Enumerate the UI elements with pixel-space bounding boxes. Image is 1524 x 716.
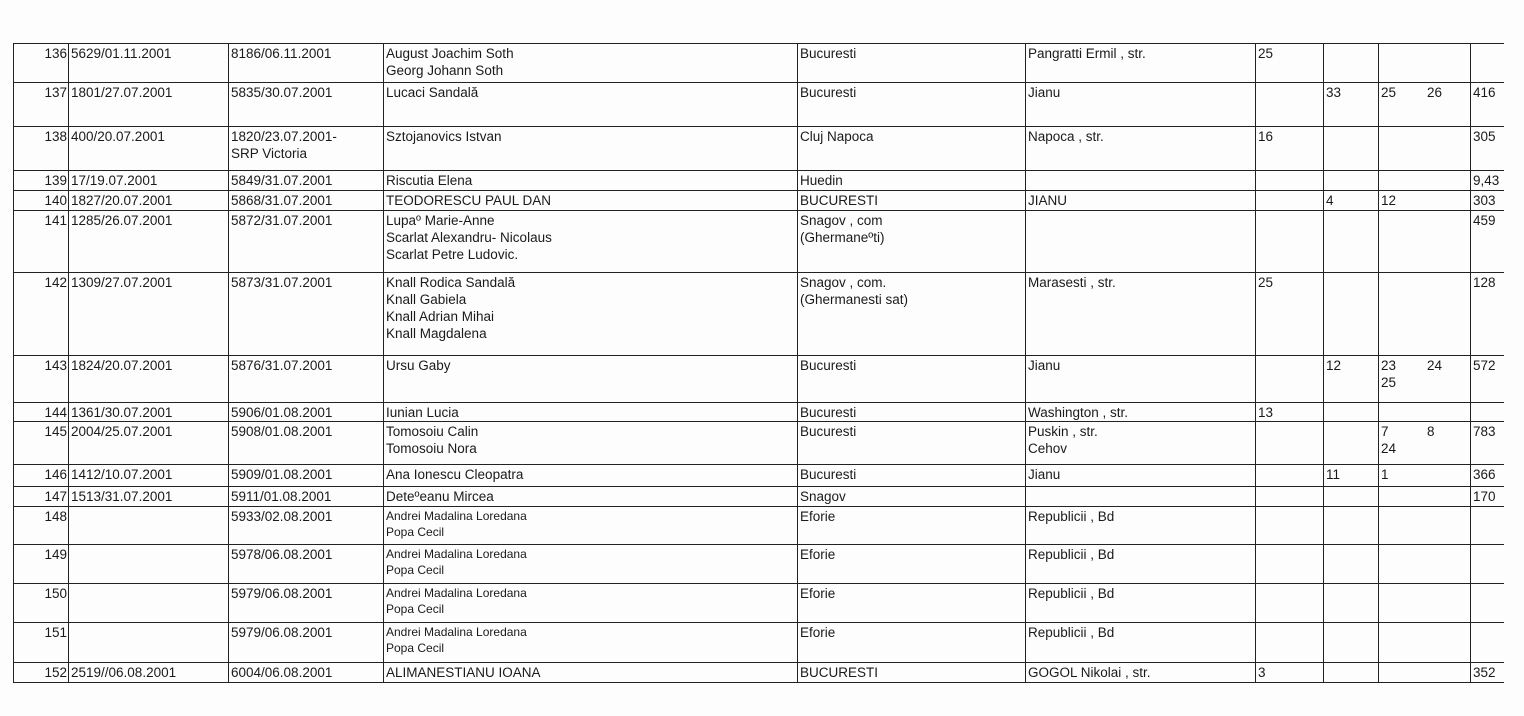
row-number-cell: 149 [14, 545, 69, 584]
owner-names-cell-line: Andrei Madalina Loredana [386, 585, 795, 601]
locality-cell-line: Bucuresti [800, 404, 1023, 421]
owner-names-cell-line: Tomosoiu Calin [386, 423, 795, 440]
locality-cell-line: Eforie [800, 508, 1023, 525]
parcel-cell [1379, 127, 1471, 171]
parcel-cell [1379, 211, 1471, 273]
owner-names-cell: Ana Ionescu Cleopatra [384, 465, 798, 487]
street-cell: Republicii , Bd [1026, 584, 1256, 623]
street-number-cell: 25 [1256, 44, 1324, 83]
owner-names-cell-line: Knall Adrian Mihai [386, 308, 795, 325]
parcel-cell [1379, 584, 1471, 623]
parcel-number: 25 [1381, 84, 1427, 101]
row-number-cell: 147 [14, 487, 69, 507]
parcel-number: 24 [1427, 357, 1471, 374]
owner-names-cell: Deteºeanu Mircea [384, 487, 798, 507]
document-ref-cell-line: 5909/01.08.2001 [231, 466, 381, 483]
table-row: 1461412/10.07.20015909/01.08.2001Ana Ion… [14, 465, 1504, 487]
document-ref-cell-line: SRP Victoria [231, 145, 381, 162]
owner-names-cell-line: Knall Gabiela [386, 291, 795, 308]
street-cell: Jianu [1026, 465, 1256, 487]
lot-cell: 33 [1324, 83, 1379, 127]
parcel-number: 12 [1381, 192, 1427, 209]
street-cell: Marasesti , str. [1026, 273, 1256, 356]
owner-names-cell-line: Lucaci Sandală [386, 84, 795, 101]
locality-cell-line: Bucuresti [800, 45, 1023, 62]
owner-names-cell-line: Popa Cecil [386, 524, 795, 540]
street-cell: Jianu [1026, 356, 1256, 403]
table-row: 1495978/06.08.2001Andrei Madalina Loreda… [14, 545, 1504, 584]
row-number-cell: 151 [14, 623, 69, 663]
area-cell: 783 [1471, 422, 1504, 465]
registration-ref-cell: 1309/27.07.2001 [69, 273, 229, 356]
registration-ref-cell: 1361/30.07.2001 [69, 403, 229, 422]
street-cell: Pangratti Ermil , str. [1026, 44, 1256, 83]
street-cell-line: Marasesti , str. [1028, 274, 1253, 291]
lot-cell: 11 [1324, 465, 1379, 487]
row-number-cell: 140 [14, 191, 69, 211]
locality-cell-line: Bucuresti [800, 84, 1023, 101]
street-cell-line: Napoca , str. [1028, 128, 1253, 145]
owner-names-cell-line: Andrei Madalina Loredana [386, 508, 795, 524]
document-ref-cell: 5911/01.08.2001 [229, 487, 384, 507]
document-ref-cell-line: 5849/31.07.2001 [231, 172, 381, 189]
document-ref-cell: 5978/06.08.2001 [229, 545, 384, 584]
street-cell-line: Cehov [1028, 440, 1253, 457]
street-cell: JIANU [1026, 191, 1256, 211]
registration-ref-cell: 17/19.07.2001 [69, 171, 229, 191]
locality-cell-line: Huedin [800, 172, 1023, 189]
area-cell: 305 [1471, 127, 1504, 171]
table-row: 1485933/02.08.2001Andrei Madalina Loreda… [14, 507, 1504, 545]
street-cell-line: Jianu [1028, 84, 1253, 101]
locality-cell: BUCURESTI [798, 663, 1026, 683]
street-number-cell [1256, 545, 1324, 584]
street-number-cell [1256, 356, 1324, 403]
street-cell [1026, 487, 1256, 507]
row-number-cell: 139 [14, 171, 69, 191]
registration-ref-cell: 400/20.07.2001 [69, 127, 229, 171]
owner-names-cell-line: Tomosoiu Nora [386, 440, 795, 457]
document-ref-cell-line: 5906/01.08.2001 [231, 404, 381, 421]
parcel-cell: 12 [1379, 191, 1471, 211]
document-ref-cell-line: 5979/06.08.2001 [231, 624, 381, 641]
locality-cell: Bucuresti [798, 403, 1026, 422]
locality-cell-line: Eforie [800, 585, 1023, 602]
row-number-cell: 142 [14, 273, 69, 356]
street-cell: GOGOL Nikolai , str. [1026, 663, 1256, 683]
owner-names-cell: Lucaci Sandală [384, 83, 798, 127]
lot-cell [1324, 403, 1379, 422]
street-number-cell [1256, 83, 1324, 127]
area-cell [1471, 545, 1504, 584]
street-cell-line: GOGOL Nikolai , str. [1028, 664, 1253, 681]
registration-ref-cell [69, 623, 229, 663]
table-row: 1441361/30.07.20015906/01.08.2001Iunian … [14, 403, 1504, 422]
owner-names-cell: TEODORESCU PAUL DAN [384, 191, 798, 211]
table-row: 1431824/20.07.20015876/31.07.2001Ursu Ga… [14, 356, 1504, 403]
parcel-number: 1 [1381, 466, 1427, 483]
street-cell: Republicii , Bd [1026, 545, 1256, 584]
document-ref-cell-line: 5872/31.07.2001 [231, 212, 381, 229]
registration-ref-cell [69, 584, 229, 623]
lot-cell [1324, 584, 1379, 623]
owner-names-cell: ALIMANESTIANU IOANA [384, 663, 798, 683]
street-cell: Republicii , Bd [1026, 507, 1256, 545]
row-number-cell: 148 [14, 507, 69, 545]
document-ref-cell: 5908/01.08.2001 [229, 422, 384, 465]
area-cell: 366 [1471, 465, 1504, 487]
street-number-cell [1256, 507, 1324, 545]
table-row: 1515979/06.08.2001Andrei Madalina Loreda… [14, 623, 1504, 663]
parcel-cell [1379, 171, 1471, 191]
lot-cell [1324, 545, 1379, 584]
area-cell: 170 [1471, 487, 1504, 507]
owner-names-cell: Iunian Lucia [384, 403, 798, 422]
area-cell: 572 [1471, 356, 1504, 403]
owner-names-cell-line: Popa Cecil [386, 601, 795, 617]
locality-cell: Bucuresti [798, 44, 1026, 83]
owner-names-cell-line: Andrei Madalina Loredana [386, 624, 795, 640]
document-ref-cell: 1820/23.07.2001-SRP Victoria [229, 127, 384, 171]
row-number-cell: 141 [14, 211, 69, 273]
owner-names-cell-line: Iunian Lucia [386, 404, 795, 421]
lot-cell [1324, 487, 1379, 507]
document-ref-cell: 5909/01.08.2001 [229, 465, 384, 487]
locality-cell-line: Bucuresti [800, 466, 1023, 483]
owner-names-cell-line: Sztojanovics Istvan [386, 128, 795, 145]
area-cell [1471, 507, 1504, 545]
street-cell: Washington , str. [1026, 403, 1256, 422]
street-number-cell [1256, 465, 1324, 487]
registration-ref-cell: 1827/20.07.2001 [69, 191, 229, 211]
document-ref-cell-line: 5868/31.07.2001 [231, 192, 381, 209]
owner-names-cell-line: Riscutia Elena [386, 172, 795, 189]
parcel-cell: 1 [1379, 465, 1471, 487]
owner-names-cell-line: Knall Rodica Sandală [386, 274, 795, 291]
street-number-cell: 13 [1256, 403, 1324, 422]
parcel-cell: 2526 [1379, 83, 1471, 127]
owner-names-cell: August Joachim SothGeorg Johann Soth [384, 44, 798, 83]
lot-cell [1324, 623, 1379, 663]
lot-cell [1324, 44, 1379, 83]
owner-names-cell-line: Lupaº Marie-Anne [386, 212, 795, 229]
locality-cell: Bucuresti [798, 83, 1026, 127]
street-number-cell [1256, 584, 1324, 623]
parcel-cell: 7824 [1379, 422, 1471, 465]
owner-names-cell-line: Knall Magdalena [386, 325, 795, 342]
locality-cell-line: (Ghermaneºti) [800, 229, 1023, 246]
registration-ref-cell: 2519//06.08.2001 [69, 663, 229, 683]
lot-cell [1324, 211, 1379, 273]
area-cell: 9,43 [1471, 171, 1504, 191]
registration-ref-cell [69, 545, 229, 584]
document-ref-cell-line: 5835/30.07.2001 [231, 84, 381, 101]
locality-cell: Bucuresti [798, 465, 1026, 487]
lot-cell [1324, 127, 1379, 171]
owner-names-cell-line: Scarlat Alexandru- Nicolaus [386, 229, 795, 246]
document-ref-cell-line: 5978/06.08.2001 [231, 546, 381, 563]
locality-cell: Cluj Napoca [798, 127, 1026, 171]
row-number-cell: 137 [14, 83, 69, 127]
locality-cell: Eforie [798, 507, 1026, 545]
table-row: 138400/20.07.20011820/23.07.2001-SRP Vic… [14, 127, 1504, 171]
parcel-number: 7 [1381, 423, 1427, 440]
locality-cell: Bucuresti [798, 422, 1026, 465]
locality-cell-line: (Ghermanesti sat) [800, 291, 1023, 308]
document-ref-cell-line: 5876/31.07.2001 [231, 357, 381, 374]
lot-cell: 4 [1324, 191, 1379, 211]
row-number-cell: 152 [14, 663, 69, 683]
document-ref-cell-line: 8186/06.11.2001 [231, 45, 381, 62]
parcel-cell [1379, 403, 1471, 422]
parcel-number: 25 [1381, 374, 1427, 391]
table-row: 1411285/26.07.20015872/31.07.2001Lupaº M… [14, 211, 1504, 273]
registration-ref-cell: 1801/27.07.2001 [69, 83, 229, 127]
locality-cell-line: Snagov , com. [800, 274, 1023, 291]
table-row: 1421309/27.07.20015873/31.07.2001Knall R… [14, 273, 1504, 356]
owner-names-cell: Andrei Madalina LoredanaPopa Cecil [384, 507, 798, 545]
document-ref-cell: 5849/31.07.2001 [229, 171, 384, 191]
row-number-cell: 144 [14, 403, 69, 422]
locality-cell: Huedin [798, 171, 1026, 191]
street-number-cell [1256, 171, 1324, 191]
registration-ref-cell: 2004/25.07.2001 [69, 422, 229, 465]
street-number-cell [1256, 487, 1324, 507]
area-cell: 459 [1471, 211, 1504, 273]
owner-names-cell-line: Popa Cecil [386, 640, 795, 656]
lot-cell [1324, 507, 1379, 545]
lot-cell [1324, 422, 1379, 465]
area-cell [1471, 623, 1504, 663]
document-ref-cell: 5835/30.07.2001 [229, 83, 384, 127]
area-cell: 352 [1471, 663, 1504, 683]
parcel-cell [1379, 545, 1471, 584]
locality-cell: BUCURESTI [798, 191, 1026, 211]
document-ref-cell: 5873/31.07.2001 [229, 273, 384, 356]
table-row: 1401827/20.07.20015868/31.07.2001TEODORE… [14, 191, 1504, 211]
street-number-cell: 25 [1256, 273, 1324, 356]
table-row: 1365629/01.11.20018186/06.11.2001August … [14, 44, 1504, 83]
document-ref-cell-line: 5873/31.07.2001 [231, 274, 381, 291]
street-cell [1026, 171, 1256, 191]
parcel-number: 24 [1381, 440, 1427, 457]
document-ref-cell: 5876/31.07.2001 [229, 356, 384, 403]
area-cell [1471, 403, 1504, 422]
locality-cell: Eforie [798, 545, 1026, 584]
owner-names-cell: Andrei Madalina LoredanaPopa Cecil [384, 545, 798, 584]
owner-names-cell-line: August Joachim Soth [386, 45, 795, 62]
street-cell-line: JIANU [1028, 192, 1253, 209]
street-cell-line: Puskin , str. [1028, 423, 1253, 440]
locality-cell-line: Snagov , com [800, 212, 1023, 229]
area-cell: 128 [1471, 273, 1504, 356]
owner-names-cell-line: Popa Cecil [386, 562, 795, 578]
parcel-number: 8 [1427, 423, 1471, 440]
document-ref-cell: 5906/01.08.2001 [229, 403, 384, 422]
lot-cell [1324, 171, 1379, 191]
registration-ref-cell: 1824/20.07.2001 [69, 356, 229, 403]
document-ref-cell-line: 5979/06.08.2001 [231, 585, 381, 602]
parcel-cell [1379, 663, 1471, 683]
row-number-cell: 145 [14, 422, 69, 465]
owner-names-cell: Riscutia Elena [384, 171, 798, 191]
owner-names-cell-line: ALIMANESTIANU IOANA [386, 664, 795, 681]
street-cell: Republicii , Bd [1026, 623, 1256, 663]
owner-names-cell: Andrei Madalina LoredanaPopa Cecil [384, 584, 798, 623]
locality-cell-line: Cluj Napoca [800, 128, 1023, 145]
street-cell-line: Jianu [1028, 466, 1253, 483]
table-row: 1452004/25.07.20015908/01.08.2001Tomosoi… [14, 422, 1504, 465]
owner-names-cell-line: Georg Johann Soth [386, 62, 795, 79]
document-ref-cell: 5872/31.07.2001 [229, 211, 384, 273]
locality-cell: Snagov , com.(Ghermanesti sat) [798, 273, 1026, 356]
owner-names-cell: Tomosoiu CalinTomosoiu Nora [384, 422, 798, 465]
owner-names-cell: Sztojanovics Istvan [384, 127, 798, 171]
parcel-cell [1379, 44, 1471, 83]
table-body: 1365629/01.11.20018186/06.11.2001August … [14, 44, 1504, 683]
locality-cell: Bucuresti [798, 356, 1026, 403]
street-number-cell [1256, 422, 1324, 465]
row-number-cell: 138 [14, 127, 69, 171]
row-number-cell: 150 [14, 584, 69, 623]
street-number-cell [1256, 211, 1324, 273]
locality-cell: Snagov , com(Ghermaneºti) [798, 211, 1026, 273]
street-cell: Napoca , str. [1026, 127, 1256, 171]
registration-ref-cell [69, 507, 229, 545]
registration-ref-cell: 1412/10.07.2001 [69, 465, 229, 487]
document-ref-cell-line: 5933/02.08.2001 [231, 508, 381, 525]
owner-names-cell-line: Scarlat Petre Ludovic. [386, 246, 795, 263]
table-row: 13917/19.07.20015849/31.07.2001Riscutia … [14, 171, 1504, 191]
street-cell-line: Jianu [1028, 357, 1253, 374]
document-ref-cell: 8186/06.11.2001 [229, 44, 384, 83]
owner-names-cell: Lupaº Marie-AnneScarlat Alexandru- Nicol… [384, 211, 798, 273]
locality-cell-line: BUCURESTI [800, 664, 1023, 681]
owner-names-cell: Knall Rodica SandalăKnall GabielaKnall A… [384, 273, 798, 356]
parcel-cell [1379, 507, 1471, 545]
row-number-cell: 146 [14, 465, 69, 487]
locality-cell: Snagov [798, 487, 1026, 507]
registry-table: 1365629/01.11.20018186/06.11.2001August … [13, 43, 1504, 683]
locality-cell-line: Bucuresti [800, 423, 1023, 440]
document-ref-cell: 5979/06.08.2001 [229, 584, 384, 623]
owner-names-cell-line: TEODORESCU PAUL DAN [386, 192, 795, 209]
locality-cell-line: Snagov [800, 488, 1023, 505]
table-row: 1522519//06.08.20016004/06.08.2001ALIMAN… [14, 663, 1504, 683]
lot-cell: 12 [1324, 356, 1379, 403]
document-ref-cell: 6004/06.08.2001 [229, 663, 384, 683]
registration-ref-cell: 1513/31.07.2001 [69, 487, 229, 507]
locality-cell: Eforie [798, 623, 1026, 663]
street-cell: Puskin , str.Cehov [1026, 422, 1256, 465]
owner-names-cell: Andrei Madalina LoredanaPopa Cecil [384, 623, 798, 663]
street-cell-line: Pangratti Ermil , str. [1028, 45, 1253, 62]
owner-names-cell: Ursu Gaby [384, 356, 798, 403]
owner-names-cell-line: Ursu Gaby [386, 357, 795, 374]
document-ref-cell: 5933/02.08.2001 [229, 507, 384, 545]
parcel-number: 26 [1427, 84, 1471, 101]
parcel-cell: 232425 [1379, 356, 1471, 403]
document-ref-cell-line: 5908/01.08.2001 [231, 423, 381, 440]
document-ref-cell-line: 6004/06.08.2001 [231, 664, 381, 681]
document-ref-cell-line: 1820/23.07.2001- [231, 128, 381, 145]
parcel-cell [1379, 487, 1471, 507]
lot-cell [1324, 663, 1379, 683]
parcel-cell [1379, 273, 1471, 356]
street-cell-line: Republicii , Bd [1028, 546, 1253, 563]
street-cell-line: Republicii , Bd [1028, 508, 1253, 525]
area-cell: 303 [1471, 191, 1504, 211]
street-cell-line: Republicii , Bd [1028, 585, 1253, 602]
area-cell [1471, 584, 1504, 623]
parcel-cell [1379, 623, 1471, 663]
table-row: 1471513/31.07.20015911/01.08.2001Deteºea… [14, 487, 1504, 507]
row-number-cell: 136 [14, 44, 69, 83]
locality-cell-line: Eforie [800, 624, 1023, 641]
document-ref-cell-line: 5911/01.08.2001 [231, 488, 381, 505]
table-row: 1371801/27.07.20015835/30.07.2001Lucaci … [14, 83, 1504, 127]
table-row: 1505979/06.08.2001Andrei Madalina Loreda… [14, 584, 1504, 623]
street-number-cell [1256, 191, 1324, 211]
area-cell [1471, 44, 1504, 83]
street-number-cell: 3 [1256, 663, 1324, 683]
locality-cell: Eforie [798, 584, 1026, 623]
owner-names-cell-line: Deteºeanu Mircea [386, 488, 795, 505]
owner-names-cell-line: Andrei Madalina Loredana [386, 546, 795, 562]
street-number-cell: 16 [1256, 127, 1324, 171]
registry-sheet: 1365629/01.11.20018186/06.11.2001August … [13, 43, 1503, 683]
street-cell-line: Republicii , Bd [1028, 624, 1253, 641]
street-cell-line: Washington , str. [1028, 404, 1253, 421]
locality-cell-line: BUCURESTI [800, 192, 1023, 209]
locality-cell-line: Eforie [800, 546, 1023, 563]
area-cell: 416 [1471, 83, 1504, 127]
row-number-cell: 143 [14, 356, 69, 403]
parcel-number: 23 [1381, 357, 1427, 374]
street-cell: Jianu [1026, 83, 1256, 127]
street-cell [1026, 211, 1256, 273]
document-ref-cell: 5979/06.08.2001 [229, 623, 384, 663]
registration-ref-cell: 1285/26.07.2001 [69, 211, 229, 273]
lot-cell [1324, 273, 1379, 356]
street-number-cell [1256, 623, 1324, 663]
registration-ref-cell: 5629/01.11.2001 [69, 44, 229, 83]
owner-names-cell-line: Ana Ionescu Cleopatra [386, 466, 795, 483]
document-ref-cell: 5868/31.07.2001 [229, 191, 384, 211]
locality-cell-line: Bucuresti [800, 357, 1023, 374]
